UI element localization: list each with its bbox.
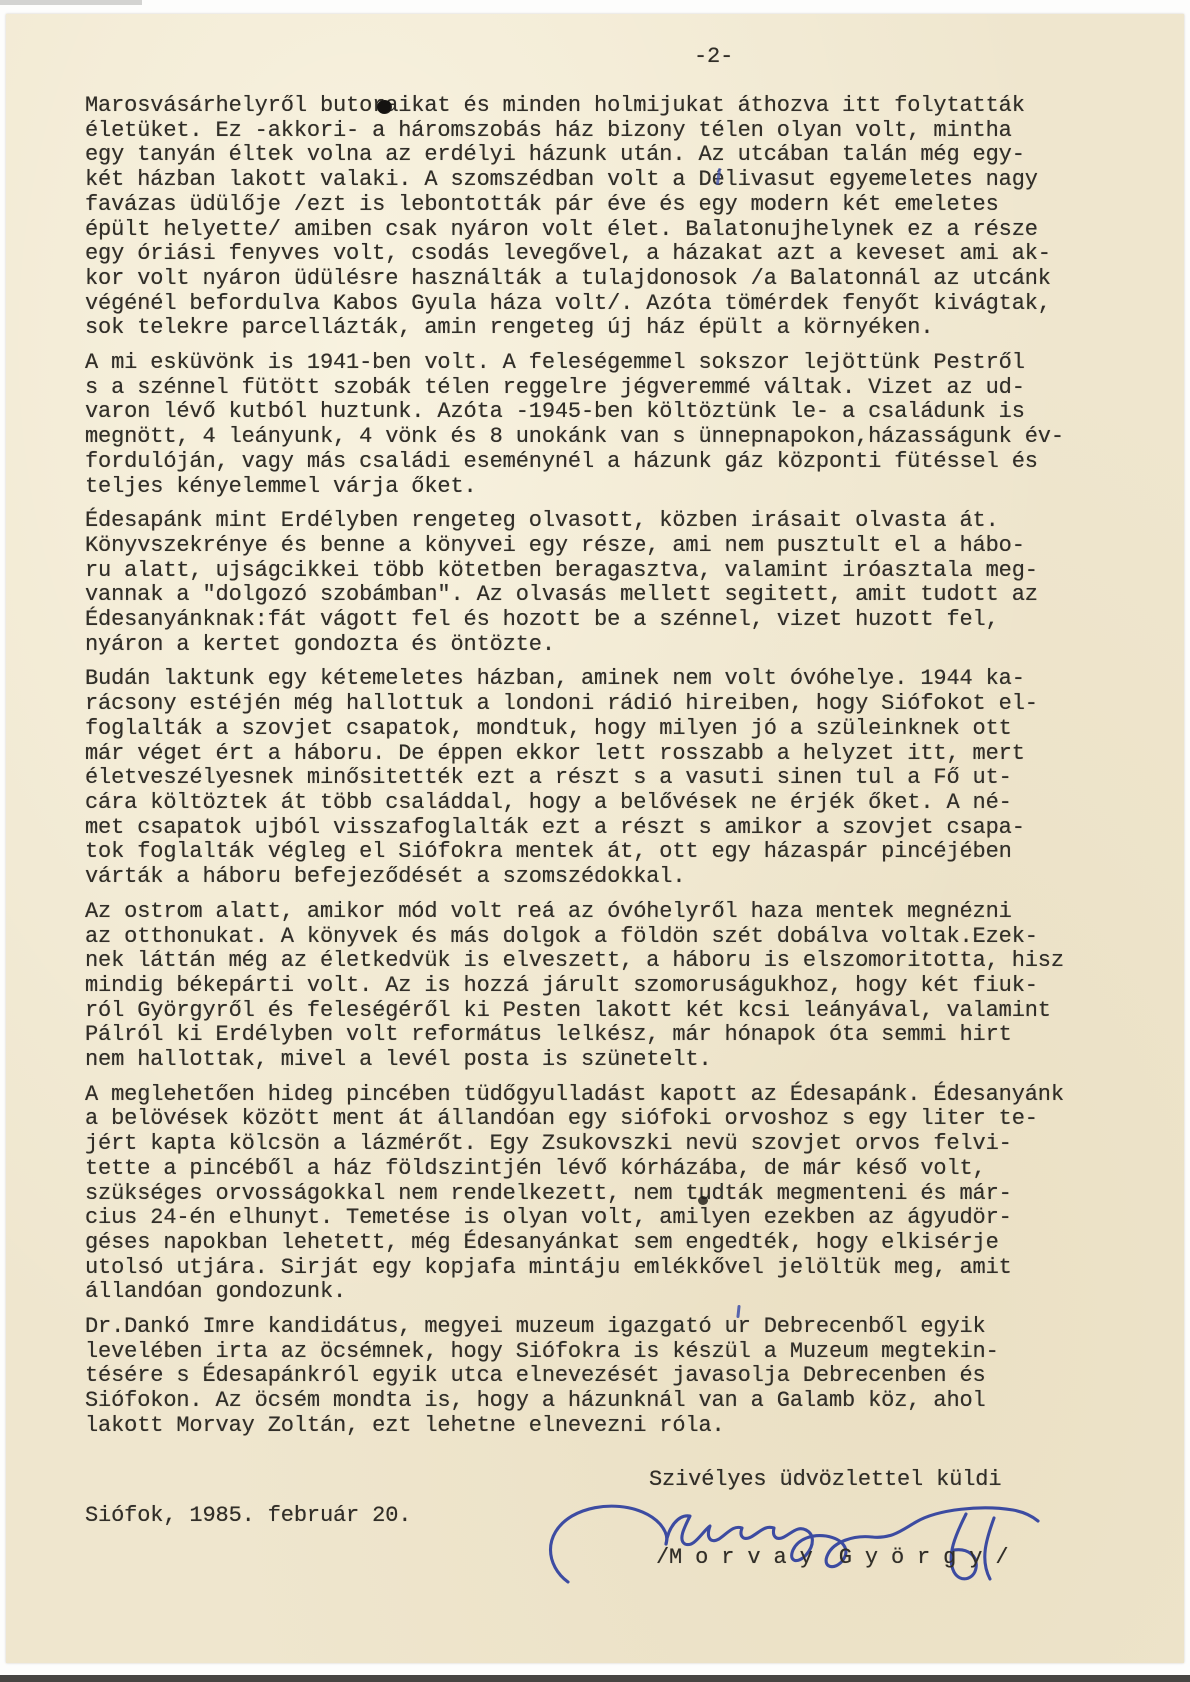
ink-smudge-icon bbox=[698, 1196, 708, 1205]
scan-artifact-bottom bbox=[0, 1675, 1190, 1682]
closing-line: Szivélyes üdvözlettel küldi bbox=[649, 1468, 1001, 1493]
scanned-letter-page: -2- Marosvásárhelyről butoraikat és mind… bbox=[0, 0, 1190, 1682]
paragraph: A mi esküvönk is 1941-ben volt. A felesé… bbox=[85, 351, 1155, 499]
letter-body: Marosvásárhelyről butoraikat és minden h… bbox=[85, 94, 1155, 1449]
ink-blot-icon bbox=[377, 100, 392, 114]
page-number: -2- bbox=[694, 45, 733, 70]
paragraph: Az ostrom alatt, amikor mód volt reá az … bbox=[85, 900, 1155, 1073]
typed-signature-name: /M o r v a y G y ö r g y / bbox=[656, 1546, 1008, 1571]
paragraph: Édesapánk mint Erdélyben rengeteg olvaso… bbox=[85, 509, 1155, 657]
paragraph: Budán laktunk egy kétemeletes házban, am… bbox=[85, 667, 1155, 889]
scan-artifact-top bbox=[0, 0, 142, 5]
paragraph: A meglehetően hideg pincében tüdőgyullad… bbox=[85, 1083, 1155, 1305]
paragraph: Marosvásárhelyről butoraikat és minden h… bbox=[85, 94, 1155, 341]
date-line: Siófok, 1985. február 20. bbox=[85, 1504, 411, 1529]
paragraph: Dr.Dankó Imre kandidátus, megyei muzeum … bbox=[85, 1315, 1155, 1439]
